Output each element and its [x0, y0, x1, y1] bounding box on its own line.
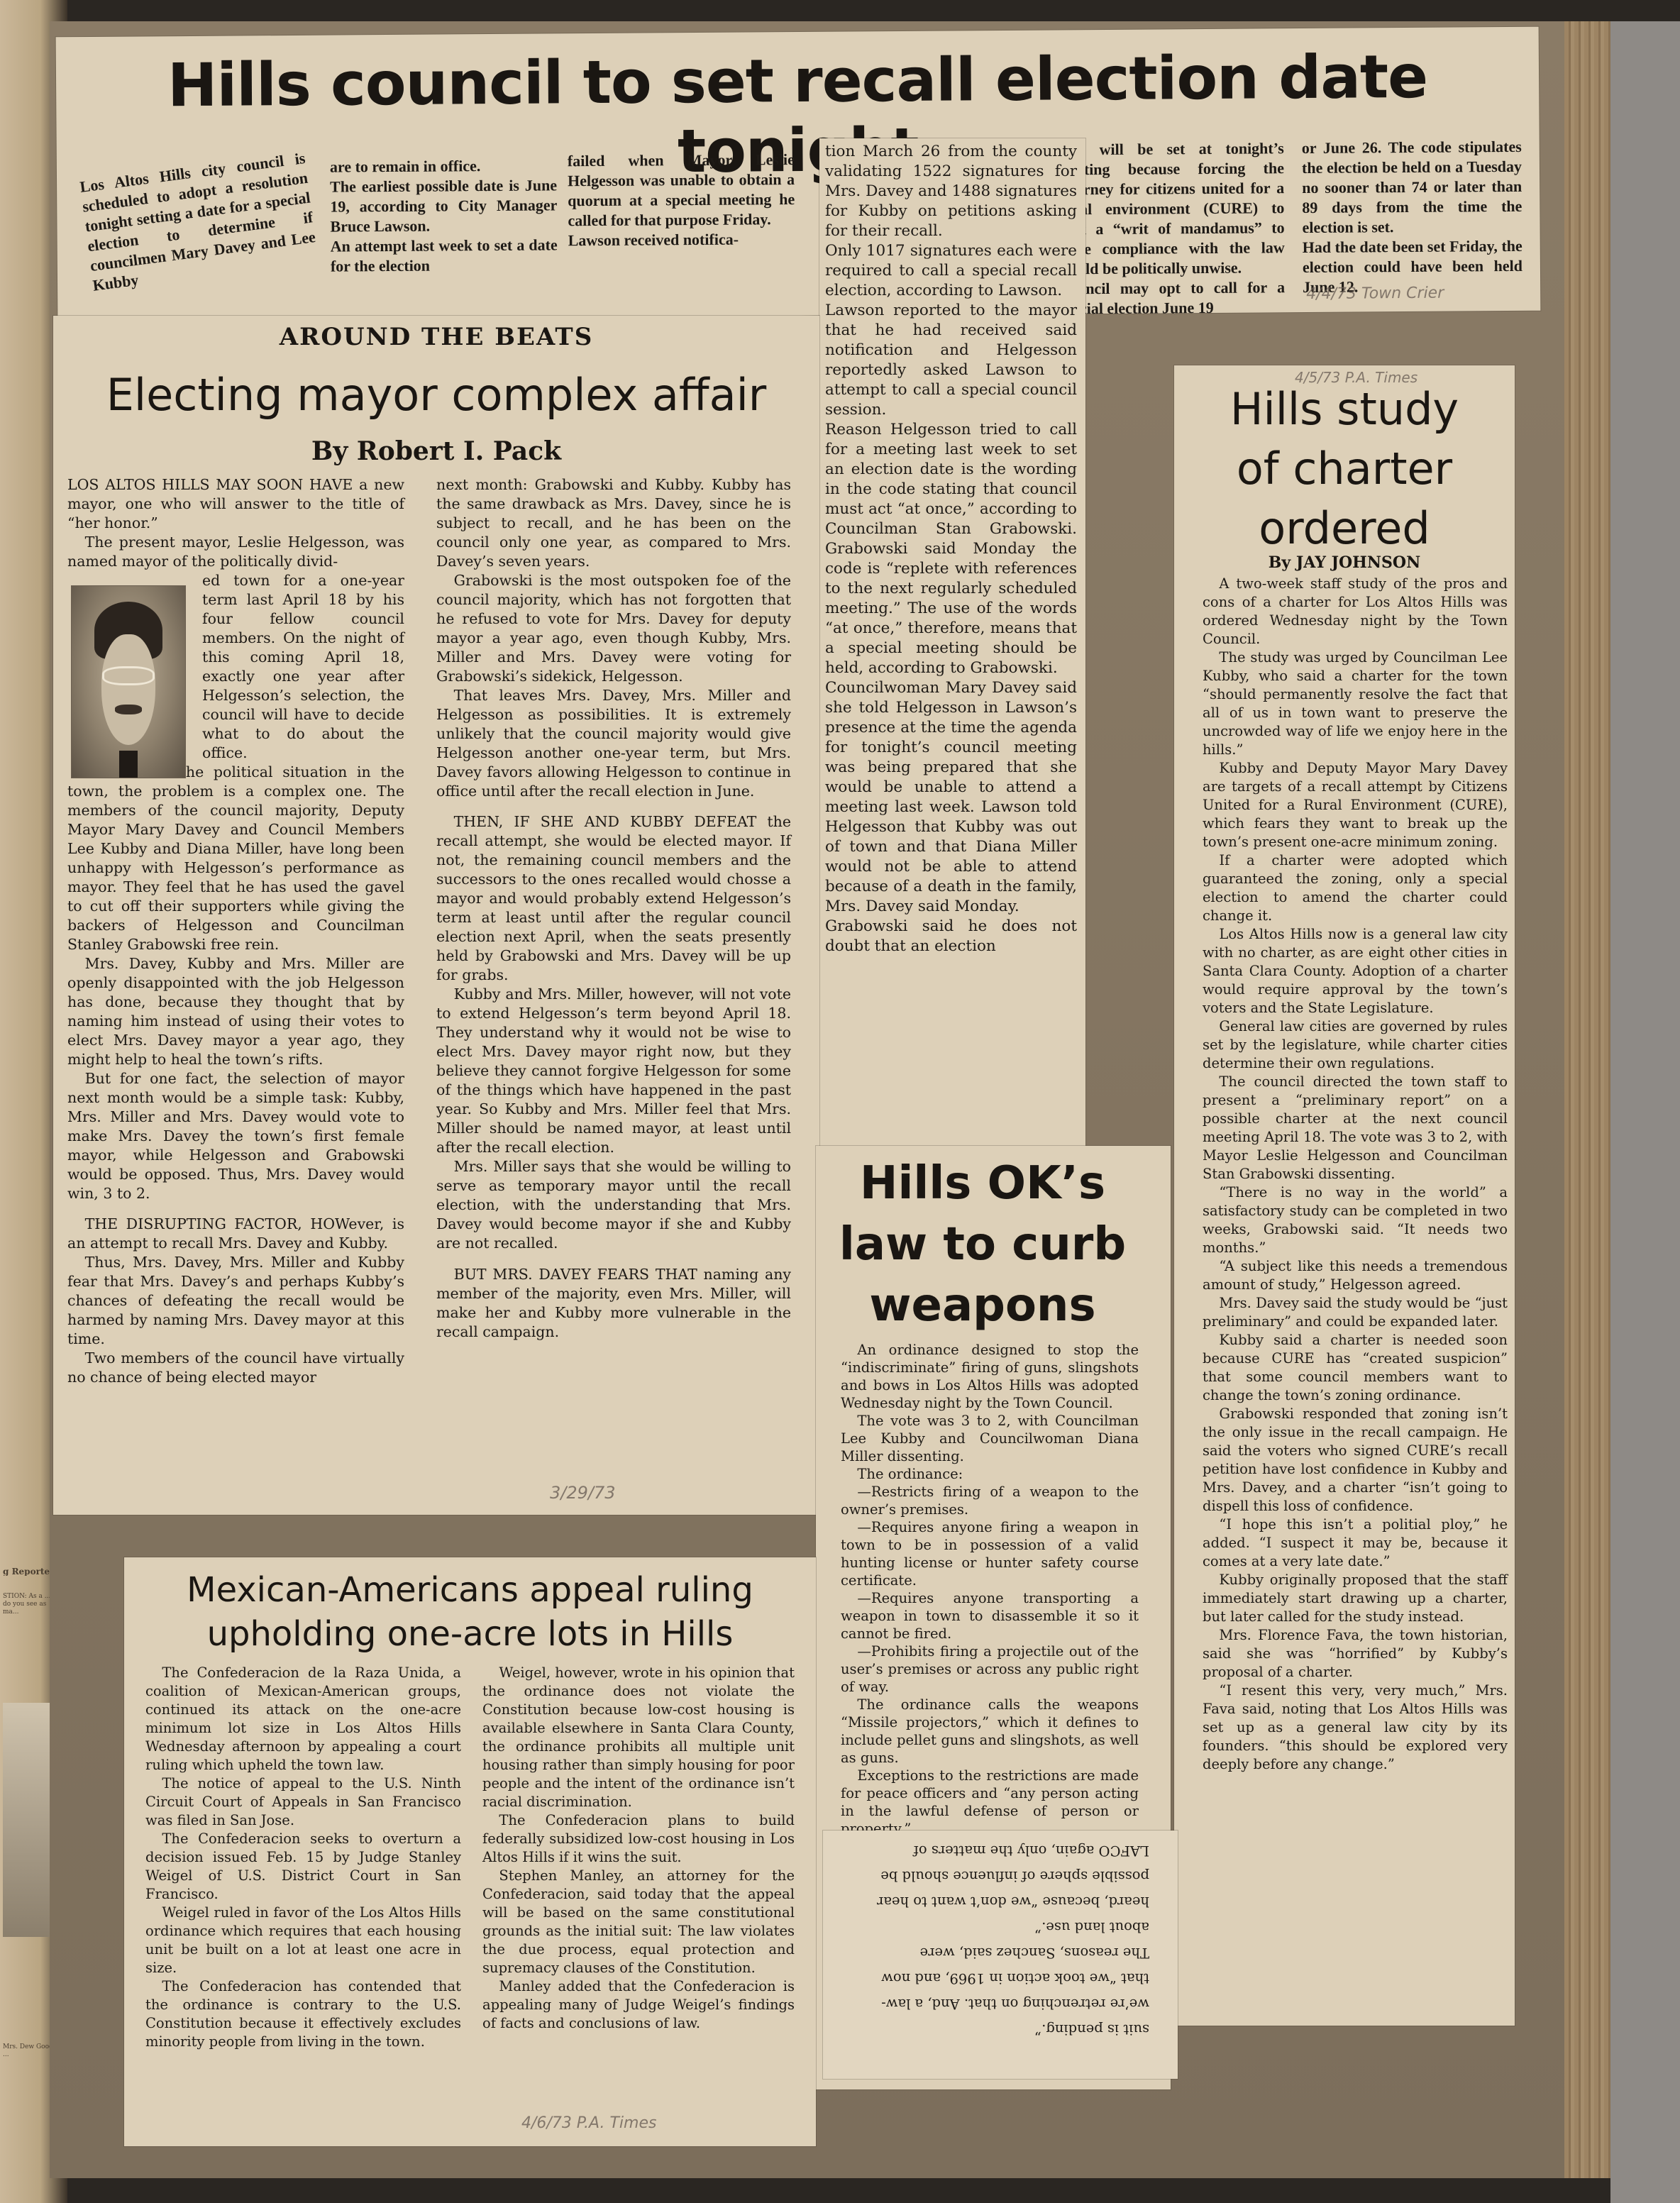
paragraph: next month: Grabowski and Kubby. Kubby h… [436, 475, 791, 571]
body: An ordinance designed to stop the “indis… [841, 1341, 1139, 1855]
page-stack-edge [1564, 21, 1610, 2178]
column-2: are to remain in office. The earliest po… [330, 155, 558, 276]
paragraph: “There is no way in the world” a satisfa… [1203, 1183, 1508, 1257]
paragraph: Mrs. Davey, Kubby and Mrs. Miller are op… [67, 954, 404, 1069]
clipping-recall-date-column-4: tion March 26 from the county validating… [819, 138, 1085, 1153]
headline: Hills OK’s law to curb weapons [816, 1153, 1149, 1336]
paragraph: The study was urged by Councilman Lee Ku… [1203, 648, 1508, 759]
paragraph: Exceptions to the restrictions are made … [841, 1767, 1139, 1838]
column-3: failed when Mayor Leslie Helgesson was u… [568, 150, 795, 250]
paragraph: The present mayor, Leslie Helgesson, was… [67, 533, 404, 571]
paragraph: The Confederacion plans to build federal… [482, 1811, 795, 1867]
paragraph: An ordinance designed to stop the “indis… [841, 1341, 1139, 1412]
line: we’re retrenching on that. And, a law- [837, 1991, 1149, 2016]
paragraph: Mrs. Miller says that she would be willi… [436, 1157, 791, 1253]
handwritten-date-note: 3/29/73 [550, 1483, 616, 1503]
headline-line: Hills study [1174, 380, 1515, 439]
upside-down-text: suit is pending.” we’re retrenching on t… [837, 1838, 1149, 2042]
paragraph: Kubby originally proposed that the staff… [1203, 1571, 1508, 1626]
line: suit is pending.” [837, 2016, 1149, 2042]
paragraph: Stephen Manley, an attorney for the Conf… [482, 1867, 795, 1977]
paragraph: “I resent this very, very much,” Mrs. Fa… [1203, 1682, 1508, 1774]
headline: Mexican-Americans appeal ruling upholdin… [124, 1568, 816, 1656]
paragraph: That leaves Mrs. Davey, Mrs. Miller and … [436, 686, 791, 801]
column-5: date will be set at tonight’s meeting be… [1057, 138, 1286, 319]
paragraph: THEN, IF SHE AND KUBBY DEFEAT the recall… [436, 812, 791, 985]
headline: Hills study of charter ordered [1174, 380, 1515, 558]
portrait-photo [71, 585, 186, 778]
column-right: Weigel, however, wrote in his opinion th… [482, 1664, 795, 2033]
line: about land use.” [837, 1914, 1149, 1940]
paragraph: If a charter were adopted which guarante… [1203, 851, 1508, 925]
paragraph: —Requires anyone firing a weapon in town… [841, 1518, 1139, 1589]
paragraph: The vote was 3 to 2, with Councilman Lee… [841, 1412, 1139, 1465]
paragraph: —Requires anyone transporting a weapon i… [841, 1589, 1139, 1642]
paragraph: The Confederacion seeks to overturn a de… [145, 1830, 461, 1904]
paragraph: Two members of the council have virtuall… [67, 1349, 404, 1387]
paragraph: A two-week staff study of the pros and c… [1203, 575, 1508, 648]
body: A two-week staff study of the pros and c… [1203, 575, 1508, 1774]
paragraph: Grabowski is the most outspoken foe of t… [436, 571, 791, 686]
paragraph: But for one fact, the selection of mayor… [67, 1069, 404, 1203]
paragraph: Mrs. Florence Fava, the town historian, … [1203, 1626, 1508, 1682]
paragraph: Manley added that the Confederacion is a… [482, 1977, 795, 2033]
column-left: The Confederacion de la Raza Unida, a co… [145, 1664, 461, 2051]
column-4: tion March 26 from the county validating… [825, 142, 1077, 956]
paragraph: —Restricts firing of a weapon to the own… [841, 1483, 1139, 1518]
paragraph: The Confederacion has contended that the… [145, 1977, 461, 2051]
paragraph: ed town for a one-year term last April 1… [202, 571, 404, 763]
paragraph: The notice of appeal to the U.S. Ninth C… [145, 1774, 461, 1830]
paragraph: General law cities are governed by rules… [1203, 1017, 1508, 1073]
clipping-upside-down-fragment: suit is pending.” we’re retrenching on t… [823, 1831, 1178, 2079]
paragraph: “I hope this isn’t a politial ploy,” he … [1203, 1515, 1508, 1571]
paragraph: Kubby and Deputy Mayor Mary Davey are ta… [1203, 759, 1508, 851]
headline: Electing mayor complex affair [53, 369, 819, 421]
byline: By Robert I. Pack [53, 436, 819, 466]
paragraph: Weigel, however, wrote in his opinion th… [482, 1664, 795, 1811]
kicker: AROUND THE BEATS [53, 323, 819, 351]
clipping-electing-mayor: AROUND THE BEATS Electing mayor complex … [53, 316, 819, 1515]
background-surface [1610, 21, 1680, 2203]
line: LAFCO again, only the matters of [837, 1838, 1149, 1863]
column-right: next month: Grabowski and Kubby. Kubby h… [436, 475, 791, 1342]
handwritten-date-note: 4/4/73 Town Crier [1306, 285, 1444, 303]
paragraph: The ordinance: [841, 1465, 1139, 1483]
paragraph: Los Altos Hills now is a general law cit… [1203, 925, 1508, 1017]
byline: By JAY JOHNSON [1174, 553, 1515, 572]
paragraph: BUT MRS. DAVEY FEARS THAT naming any mem… [436, 1265, 791, 1342]
paragraph: Weigel ruled in favor of the Los Altos H… [145, 1904, 461, 1977]
line: that “we took action in 1969, and now [837, 1965, 1149, 1991]
paragraph: Thus, Mrs. Davey, Mrs. Miller and Kubby … [67, 1253, 404, 1349]
line: The reasons, Sanchez said, were [837, 1940, 1149, 1965]
headline-line: weapons [816, 1275, 1149, 1336]
paragraph: The Confederacion de la Raza Unida, a co… [145, 1664, 461, 1774]
paragraph: Because of the political situation in th… [67, 763, 404, 954]
paragraph: Grabowski responded that zoning isn’t th… [1203, 1405, 1508, 1515]
paragraph: THE DISRUPTING FACTOR, HOWever, is an at… [67, 1215, 404, 1253]
paragraph: “A subject like this needs a tremendous … [1203, 1257, 1508, 1294]
headline-line: ordered [1174, 499, 1515, 558]
line: possible sphere of influence should be [837, 1863, 1149, 1889]
clipping-charter-study: 4/5/73 P.A. Times Hills study of charter… [1174, 365, 1515, 2026]
paragraph: The council directed the town staff to p… [1203, 1073, 1508, 1183]
headline-line: Hills OK’s [816, 1153, 1149, 1214]
headline-line: upholding one-acre lots in Hills [124, 1612, 816, 1656]
headline-line: Mexican-Americans appeal ruling [124, 1568, 816, 1612]
paragraph: Kubby said a charter is needed soon beca… [1203, 1331, 1508, 1405]
paragraph: Kubby and Mrs. Miller, however, will not… [436, 985, 791, 1157]
paragraph: —Prohibits firing a projectile out of th… [841, 1642, 1139, 1696]
paragraph: The ordinance calls the weapons “Missile… [841, 1696, 1139, 1767]
line: heard, because “we don’t want to hear [837, 1889, 1149, 1914]
paragraph: Mrs. Davey said the study would be “just… [1203, 1294, 1508, 1331]
paragraph: LOS ALTOS HILLS MAY SOON HAVE a new mayo… [67, 475, 404, 533]
headline-line: of charter [1174, 439, 1515, 499]
headline-line: law to curb [816, 1214, 1149, 1275]
handwritten-date-note: 4/6/73 P.A. Times [521, 2114, 656, 2132]
clipping-mexican-americans: Mexican-Americans appeal ruling upholdin… [124, 1557, 816, 2146]
clipping-recall-date: Hills council to set recall election dat… [56, 27, 1541, 321]
column-6: or June 26. The code stipulates the elec… [1302, 137, 1523, 297]
